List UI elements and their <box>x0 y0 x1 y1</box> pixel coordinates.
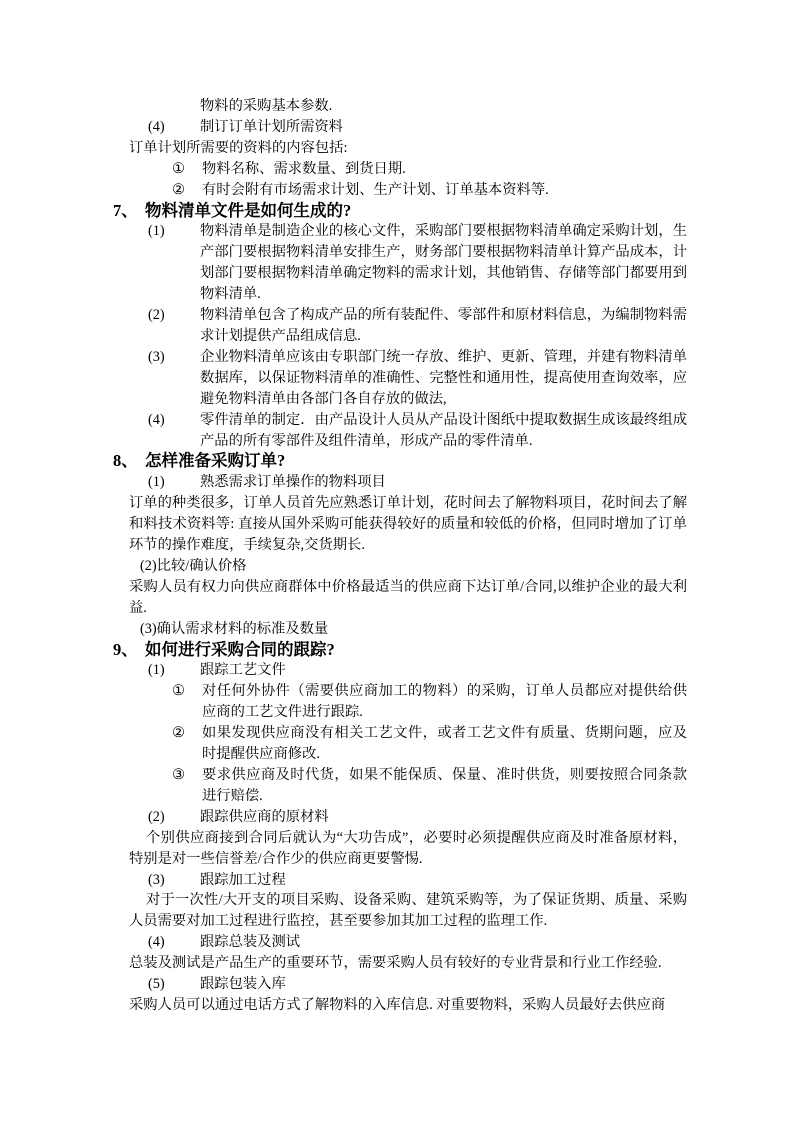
numbered-item: (4)零件清单的制定．由产品设计人员从产品设计图纸中提取数据生成该最终组成产品的… <box>129 410 687 452</box>
section-number: 9、 <box>113 640 138 661</box>
list-marker: (4) <box>148 117 165 138</box>
inline-numbered-item: (2)比较/确认价格 <box>140 556 687 577</box>
document-content: 物料的采购基本参数.(4)制订订单计划所需资料订单计划所需要的资料的内容包括:①… <box>113 96 687 1016</box>
list-marker: ② <box>172 723 185 744</box>
paragraph-text: 确认需求材料的标准及数量 <box>157 621 329 637</box>
paragraph-text: 对于一次性/大开支的项目采购、设备采购、建筑采购等，为了保证货期、质量、采购人员… <box>129 892 687 929</box>
list-marker: (4) <box>148 410 165 431</box>
paragraph-text: 订单的种类很多，订单人员首先应熟悉订单计划，花时间去了解物料项目，花时间去了解和… <box>129 495 687 553</box>
list-marker: (4) <box>148 932 165 953</box>
circled-item: ②有时会附有市场需求计划、生产计划、订单基本资料等. <box>129 180 687 201</box>
paragraph-text: 跟踪包装入库 <box>200 976 286 992</box>
paragraph-text: 跟踪总装及测试 <box>200 934 300 950</box>
section-heading: 7、物料清单文件是如何生成的? <box>113 201 687 222</box>
numbered-item: (5)跟踪包装入库 <box>129 974 687 995</box>
numbered-item: (1)熟悉需求订单操作的物料项目 <box>129 472 687 493</box>
section-title: 如何进行采购合同的跟踪? <box>145 640 335 659</box>
section-heading: 8、怎样准备采购订单? <box>113 451 687 472</box>
paragraph-text: 总装及测试是产品生产的重要环节，需要采购人员有较好的专业背景和行业工作经验. <box>129 955 662 971</box>
paragraph-text: 采购人员有权力向供应商群体中价格最适当的供应商下达订单/合同,以维护企业的最大利… <box>129 579 687 616</box>
list-marker: (3) <box>148 347 165 368</box>
list-marker: (2) <box>148 305 165 326</box>
paragraph-text: 物料清单包含了构成产品的所有装配件、零部件和原材料信息，为编制物料需求计划提供产… <box>200 307 687 344</box>
paragraph-text: 熟悉需求订单操作的物料项目 <box>200 474 386 490</box>
paragraph-text: 采购人员可以通过电话方式了解物料的入库信息. 对重要物料，采购人员最好去供应商 <box>129 997 665 1013</box>
section-number: 8、 <box>113 451 138 472</box>
paragraph-text: 如果发现供应商没有相关工艺文件，或者工艺文件有质量、货期问题，应及时提醒供应商修… <box>202 725 687 762</box>
paragraph: 订单的种类很多，订单人员首先应熟悉订单计划，花时间去了解物料项目，花时间去了解和… <box>129 493 687 556</box>
section-title: 怎样准备采购订单? <box>145 451 285 470</box>
circled-item: ②如果发现供应商没有相关工艺文件，或者工艺文件有质量、货期问题，应及时提醒供应商… <box>129 723 687 765</box>
paragraph-text: 有时会附有市场需求计划、生产计划、订单基本资料等. <box>202 182 549 198</box>
list-marker: ③ <box>172 765 185 786</box>
paragraph: 总装及测试是产品生产的重要环节，需要采购人员有较好的专业背景和行业工作经验. <box>129 953 687 974</box>
paragraph: 对于一次性/大开支的项目采购、设备采购、建筑采购等，为了保证货期、质量、采购人员… <box>129 890 687 932</box>
circled-item: ①对任何外协件（需要供应商加工的物料）的采购，订单人员都应对提供给供应商的工艺文… <box>129 681 687 723</box>
circled-item: ③要求供应商及时代货，如果不能保质、保量、准时供货，则要按照合同条款进行赔偿. <box>129 765 687 807</box>
list-marker: (1) <box>148 472 165 493</box>
paragraph: 采购人员可以通过电话方式了解物料的入库信息. 对重要物料，采购人员最好去供应商 <box>129 995 687 1016</box>
numbered-item: (3)跟踪加工过程 <box>129 870 687 891</box>
paragraph-text: 比较/确认价格 <box>157 558 247 574</box>
document-page: 物料的采购基本参数.(4)制订订单计划所需资料订单计划所需要的资料的内容包括:①… <box>0 0 793 1122</box>
continuation-line: 物料的采购基本参数. <box>200 96 687 117</box>
list-marker: (2) <box>148 807 165 828</box>
numbered-item: (2)跟踪供应商的原材料 <box>129 807 687 828</box>
inline-numbered-item: (3)确认需求材料的标准及数量 <box>140 619 687 640</box>
paragraph-text: 物料的采购基本参数. <box>200 98 332 114</box>
section-title: 物料清单文件是如何生成的? <box>145 201 351 220</box>
list-marker: (1) <box>148 221 165 242</box>
circled-item: ①物料名称、需求数量、到货日期. <box>129 159 687 180</box>
list-marker: ② <box>172 180 185 201</box>
list-marker: (3) <box>140 621 157 637</box>
numbered-item: (1)物料清单是制造企业的核心文件，采购部门要根据物料清单确定采购计划，生产部门… <box>129 221 687 305</box>
paragraph: 订单计划所需要的资料的内容包括: <box>129 138 687 159</box>
paragraph-text: 跟踪加工过程 <box>200 872 286 888</box>
paragraph-text: 零件清单的制定．由产品设计人员从产品设计图纸中提取数据生成该最终组成产品的所有零… <box>200 412 687 449</box>
paragraph-text: 企业物料清单应该由专职部门统一存放、维护、更新、管理，并建有物料清单数据库，以保… <box>200 349 687 407</box>
numbered-item: (3)企业物料清单应该由专职部门统一存放、维护、更新、管理，并建有物料清单数据库… <box>129 347 687 410</box>
list-marker: ① <box>172 681 185 702</box>
section-heading: 9、如何进行采购合同的跟踪? <box>113 640 687 661</box>
paragraph: 采购人员有权力向供应商群体中价格最适当的供应商下达订单/合同,以维护企业的最大利… <box>129 577 687 619</box>
list-marker: (1) <box>148 660 165 681</box>
numbered-item: (4)制订订单计划所需资料 <box>129 117 687 138</box>
paragraph-text: 跟踪供应商的原材料 <box>200 809 329 825</box>
section-number: 7、 <box>113 201 138 222</box>
numbered-item: (1)跟踪工艺文件 <box>129 660 687 681</box>
list-marker: (2) <box>140 558 157 574</box>
paragraph-text: 物料清单是制造企业的核心文件，采购部门要根据物料清单确定采购计划，生产部门要根据… <box>200 223 687 302</box>
numbered-item: (2)物料清单包含了构成产品的所有装配件、零部件和原材料信息，为编制物料需求计划… <box>129 305 687 347</box>
paragraph-text: 跟踪工艺文件 <box>200 662 286 678</box>
list-marker: ① <box>172 159 185 180</box>
paragraph-text: 对任何外协件（需要供应商加工的物料）的采购，订单人员都应对提供给供应商的工艺文件… <box>202 683 687 720</box>
paragraph: 个别供应商接到合同后就认为“大功告成”，必要时必须提醒供应商及时准备原材料，特别… <box>129 828 687 870</box>
paragraph-text: 要求供应商及时代货，如果不能保质、保量、准时供货，则要按照合同条款进行赔偿. <box>202 767 687 804</box>
paragraph-text: 订单计划所需要的资料的内容包括: <box>129 140 347 156</box>
numbered-item: (4)跟踪总装及测试 <box>129 932 687 953</box>
list-marker: (3) <box>148 870 165 891</box>
paragraph-text: 物料名称、需求数量、到货日期. <box>202 161 406 177</box>
list-marker: (5) <box>148 974 165 995</box>
paragraph-text: 制订订单计划所需资料 <box>200 119 343 135</box>
paragraph-text: 个别供应商接到合同后就认为“大功告成”，必要时必须提醒供应商及时准备原材料，特别… <box>129 830 687 867</box>
